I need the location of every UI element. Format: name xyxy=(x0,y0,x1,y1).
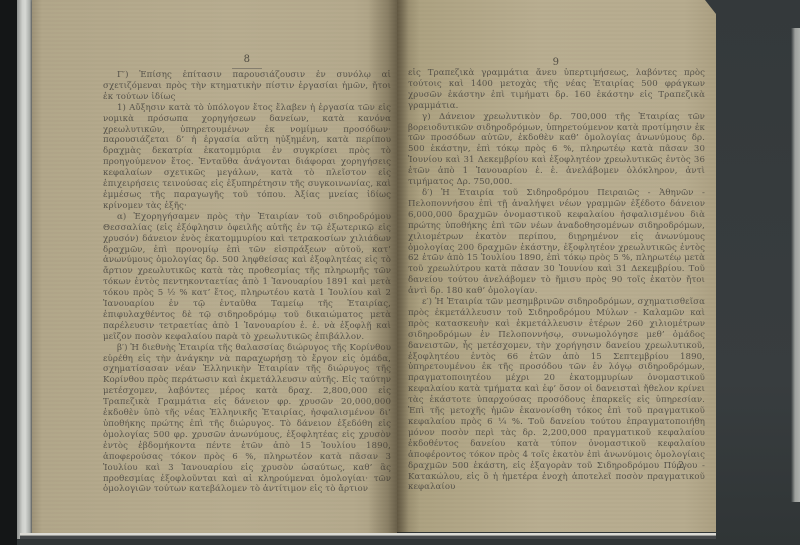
paragraph: β′) Ἡ διεθνὴς Ἑταιρία τῆς θαλασσίας διώρ… xyxy=(103,343,391,496)
left-page-number-rule xyxy=(232,68,262,69)
page-edges-right xyxy=(791,28,800,502)
left-page: 8 Γ′) Ἐπίσης ἐπίτασιν παρουσιάζουσιν ἐν … xyxy=(32,0,397,534)
paragraph: 1) Αὔξησιν κατὰ τὸ ὑπόλογον ἔτος ἔλαβεν … xyxy=(103,103,391,212)
right-page-number: 9 xyxy=(553,57,560,68)
left-page-text: Γ′) Ἐπίσης ἐπίτασιν παρουσιάζουσιν ἐν συ… xyxy=(103,70,391,495)
page-edges-bottom xyxy=(20,533,716,539)
paragraph: γ) Δάνειον χρεωλυτικὸν δρ. 700,000 τῆς Ἑ… xyxy=(408,112,705,188)
paragraph: εἰς Τραπεζικὰ γραμμάτια ἄνευ ὑπερτιμήσεω… xyxy=(408,68,705,112)
paragraph: Γ′) Ἐπίσης ἐπίτασιν παρουσιάζουσιν ἐν συ… xyxy=(103,70,391,103)
book-cover-edge xyxy=(0,0,17,545)
signature-mark: 2 xyxy=(669,461,693,471)
page-edges-left xyxy=(17,0,32,539)
book-scan-viewport: 8 Γ′) Ἐπίσης ἐπίτασιν παρουσιάζουσιν ἐν … xyxy=(0,0,800,545)
paragraph: δ′) Ἡ Ἑταιρία τοῦ Σιδηροδρόμου Πειραιῶς … xyxy=(408,188,705,297)
paragraph: α) Ἐχορηγήσαμεν πρὸς τὴν Ἑταιρίαν τοῦ σι… xyxy=(103,212,391,343)
paragraph: ε′) Ἡ Ἑταιρία τῶν μεσημβρινῶν σιδηροδρόμ… xyxy=(408,297,705,493)
left-page-header: 8 xyxy=(103,47,391,69)
left-page-number: 8 xyxy=(244,54,251,65)
right-page: 9 εἰς Τραπεζικὰ γραμμάτια ἄνευ ὑπερτιμήσ… xyxy=(397,0,716,532)
right-page-header: 9 xyxy=(408,50,704,69)
right-page-text: εἰς Τραπεζικὰ γραμμάτια ἄνευ ὑπερτιμήσεω… xyxy=(408,68,705,493)
